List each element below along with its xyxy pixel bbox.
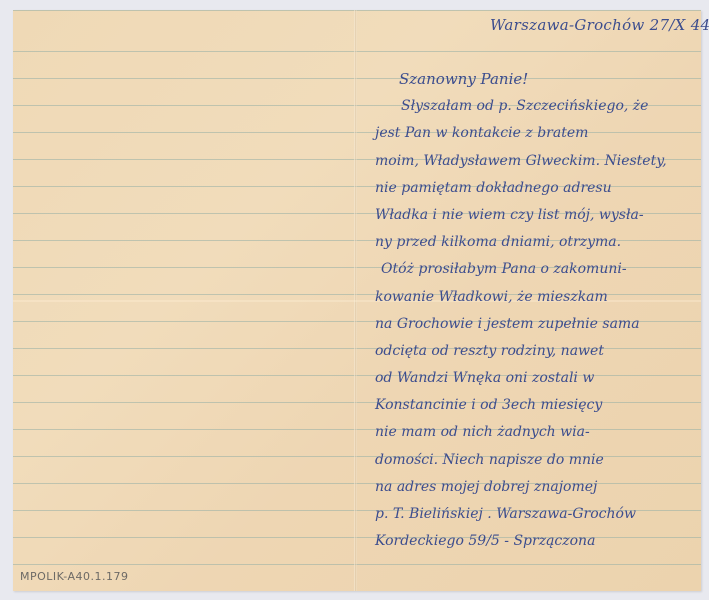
letter-line: na adres mojej dobrej znajomej	[375, 474, 695, 501]
letter-line: odcięta od reszty rodziny, nawet	[375, 338, 695, 365]
letter-line: Władka i nie wiem czy list mój, wysła-	[375, 202, 695, 229]
salutation: Szanowny Panie!	[375, 66, 695, 93]
scanned-document: Warszawa-Grochów 27/X 44. Szanowny Panie…	[0, 0, 709, 600]
letter-line: Słyszałam od p. Szczecińskiego, że	[375, 93, 695, 120]
letter-line: ny przed kilkoma dniami, otrzyma.	[375, 229, 695, 256]
letter-line: Kordeckiego 59/5 - Sprzączona	[375, 528, 695, 555]
archive-catalog-number: MPOLIK-A40.1.179	[20, 570, 128, 583]
letter-line: od Wandzi Wnęka oni zostali w	[375, 365, 695, 392]
letter-line: Konstancinie i od 3ech miesięcy	[375, 392, 695, 419]
place-date-heading: Warszawa-Grochów 27/X 44.	[490, 16, 709, 34]
letter-line: kowanie Władkowi, że mieszkam	[375, 284, 695, 311]
letter-line: nie pamiętam dokładnego adresu	[375, 175, 695, 202]
letter-line: domości. Niech napisze do mnie	[375, 447, 695, 474]
letter-line: jest Pan w kontakcie z bratem	[375, 120, 695, 147]
letter-line: na Grochowie i jestem zupełnie sama	[375, 311, 695, 338]
letter-line: moim, Władysławem Glweckim. Niestety,	[375, 148, 695, 175]
letter-body: Szanowny Panie! Słyszałam od p. Szczeciń…	[375, 66, 695, 555]
letter-line: Otóż prosiłabym Pana o zakomuni-	[375, 256, 695, 283]
letter-line: p. T. Bielińskiej . Warszawa-Grochów	[375, 501, 695, 528]
letter-line: nie mam od nich żadnych wia-	[375, 419, 695, 446]
